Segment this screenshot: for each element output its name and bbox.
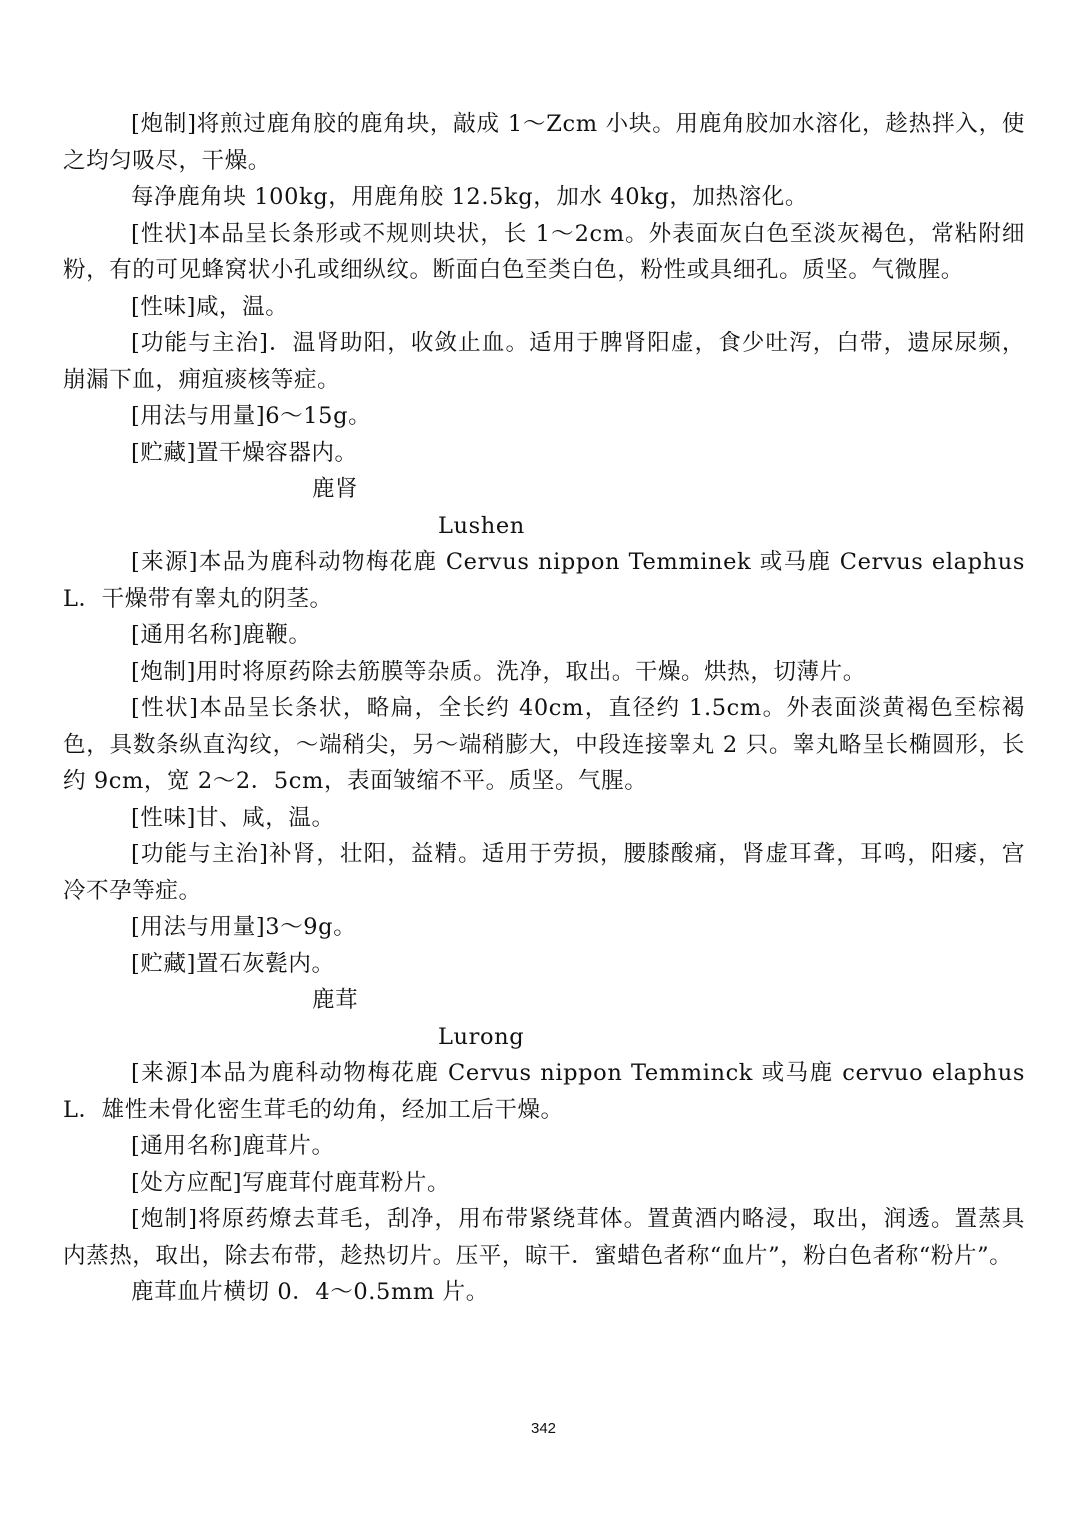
lurong-slice-spec: 鹿茸血片横切 0．4～0.5mm 片。: [63, 1274, 1025, 1311]
lushen-storage: [贮藏]置石灰甏内。: [63, 946, 1025, 983]
section-pinyin-lurong: Lurong: [63, 1019, 1025, 1056]
lushen-common-name: [通用名称]鹿鞭。: [63, 617, 1025, 654]
document-page: [炮制]将煎过鹿角胶的鹿角块，敲成 1～Zcm 小块。用鹿角胶加水溶化，趁热拌入…: [63, 106, 1025, 1311]
section-title-lurong: 鹿茸: [63, 982, 1025, 1019]
paragraph-ratio: 每净鹿角块 100kg，用鹿角胶 12.5kg，加水 40kg，加热溶化。: [63, 179, 1025, 216]
paragraph-dosage: [用法与用量]6～15g。: [63, 398, 1025, 435]
lushen-dosage: [用法与用量]3～9g。: [63, 909, 1025, 946]
section-pinyin-lushen: Lushen: [63, 508, 1025, 545]
lushen-function: [功能与主治]补肾，壮阳，益精。适用于劳损，腰膝酸痛，肾虚耳聋，耳鸣，阳痿，宫冷…: [63, 836, 1025, 909]
paragraph-function: [功能与主治]．温肾助阳，收敛止血。适用于脾肾阳虚，食少吐泻，白带，遗尿尿频，崩…: [63, 325, 1025, 398]
page-number: 342: [0, 1420, 1087, 1437]
lurong-common-name: [通用名称]鹿茸片。: [63, 1128, 1025, 1165]
lushen-processing: [炮制]用时将原药除去筋膜等杂质。洗净，取出。干燥。烘热，切薄片。: [63, 654, 1025, 691]
paragraph-taste: [性味]咸，温。: [63, 289, 1025, 326]
lushen-properties: [性状]本品呈长条状，略扁，全长约 40cm，直径约 1.5cm。外表面淡黄褐色…: [63, 690, 1025, 800]
lushen-source: [来源]本品为鹿科动物梅花鹿 Cervus nippon Temminek 或马…: [63, 544, 1025, 617]
paragraph-storage: [贮藏]置干燥容器内。: [63, 435, 1025, 472]
lurong-processing: [炮制]将原药燎去茸毛，刮净，用布带紧绕茸体。置黄酒内略浸，取出，润透。置蒸具内…: [63, 1201, 1025, 1274]
lushen-taste: [性味]甘、咸，温。: [63, 800, 1025, 837]
lurong-prescription: [处方应配]写鹿茸付鹿茸粉片。: [63, 1165, 1025, 1202]
paragraph-properties: [性状]本品呈长条形或不规则块状，长 1～2cm。外表面灰白色至淡灰褐色，常粘附…: [63, 216, 1025, 289]
paragraph-processing: [炮制]将煎过鹿角胶的鹿角块，敲成 1～Zcm 小块。用鹿角胶加水溶化，趁热拌入…: [63, 106, 1025, 179]
lurong-source: [来源]本品为鹿科动物梅花鹿 Cervus nippon Temminck 或马…: [63, 1055, 1025, 1128]
section-title-lushen: 鹿肾: [63, 471, 1025, 508]
